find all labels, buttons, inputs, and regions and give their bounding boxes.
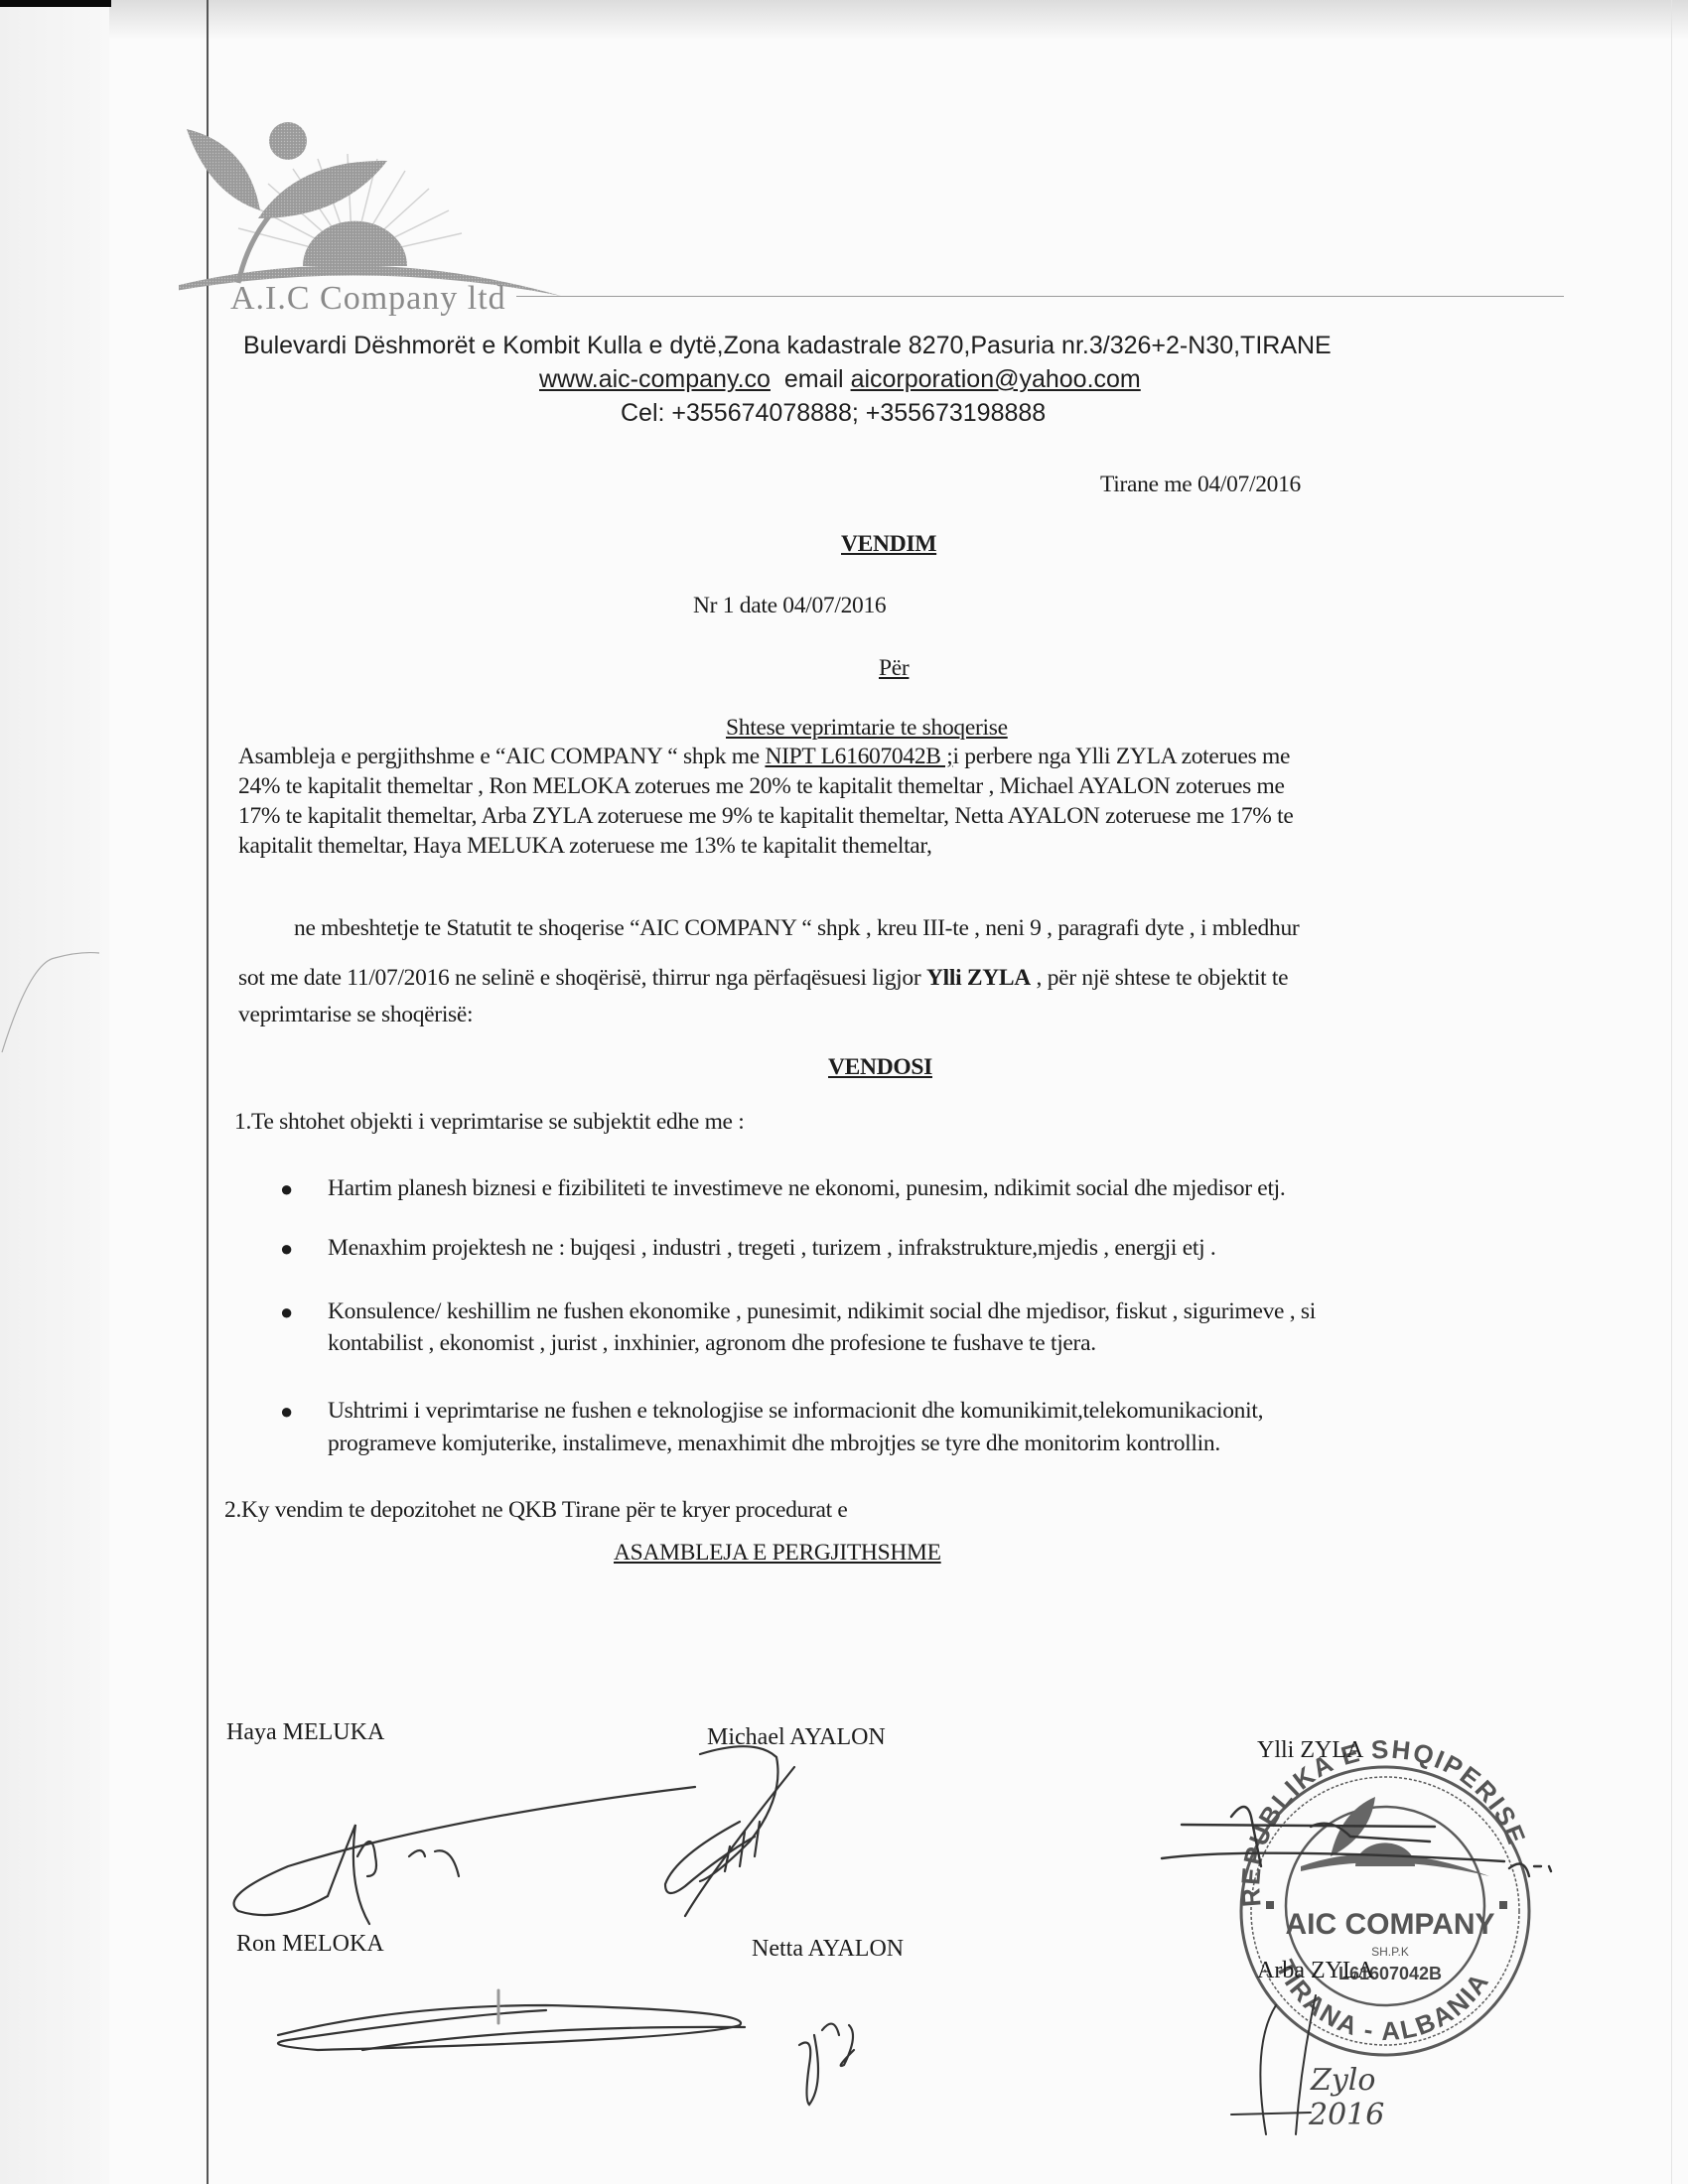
website-link[interactable]: www.aic-company.co bbox=[539, 365, 771, 393]
intro-line-1: Asambleja e pergjithshme e “AIC COMPANY … bbox=[238, 744, 1290, 770]
bullet-icon: ● bbox=[280, 1399, 293, 1425]
activity-item-cont: programeve komjuterike, instalimeve, men… bbox=[328, 1431, 1220, 1457]
company-address: Bulevardi Dëshmorët e Kombit Kulla e dyt… bbox=[243, 332, 1332, 360]
signature-strokes bbox=[199, 1707, 1013, 2124]
activity-item: Ushtrimi i veprimtarise ne fushen e tekn… bbox=[328, 1398, 1263, 1425]
decision-point-2: 2.Ky vendim te depozitohet ne QKB Tirane… bbox=[224, 1497, 848, 1524]
nipt-number: NIPT L61607042B ; bbox=[765, 744, 952, 769]
document-subject: Shtese veprimtarie te shoqerise bbox=[726, 715, 1008, 742]
intro-line-3: 17% te kapitalit themeltar, Arba ZYLA zo… bbox=[238, 803, 1294, 830]
activity-item: Konsulence/ keshillim ne fushen ekonomik… bbox=[328, 1298, 1316, 1325]
handwritten-year: 2016 bbox=[1308, 2098, 1384, 2132]
bullet-icon: ● bbox=[280, 1176, 293, 1202]
bullet-icon: ● bbox=[280, 1299, 293, 1325]
email-link[interactable]: aicorporation@yahoo.com bbox=[851, 365, 1141, 393]
page-right-edge bbox=[1671, 0, 1672, 2184]
decision-point-1: 1.Te shtohet objekti i veprimtarise se s… bbox=[234, 1109, 745, 1136]
signatory-arba-zyla: Arba ZYLA bbox=[1257, 1958, 1374, 1984]
bullet-icon: ● bbox=[280, 1236, 293, 1262]
intro-line-2: 24% te kapitalit themeltar , Ron MELOKA … bbox=[238, 773, 1285, 800]
decision-heading: VENDOSI bbox=[828, 1054, 932, 1081]
meeting-line-end: veprimtarise se shoqërisë: bbox=[238, 1002, 473, 1028]
handwritten-note: Zylo bbox=[1310, 2063, 1375, 2098]
legal-representative: Ylli ZYLA bbox=[926, 965, 1031, 991]
activity-item-cont: kontabilist , ekonomist , jurist , inxhi… bbox=[328, 1330, 1096, 1357]
stamp-company: AIC COMPANY bbox=[1285, 1908, 1494, 1941]
signatory-body: ASAMBLEJA E PERGJITHSHME bbox=[614, 1540, 941, 1567]
email-label: email bbox=[784, 365, 844, 393]
scan-mark bbox=[0, 893, 109, 1092]
scan-margin-shade bbox=[0, 0, 109, 2184]
document-number: Nr 1 date 04/07/2016 bbox=[693, 593, 886, 619]
company-stamp: REPUBLIKA E SHQIPERISE TIRANA - ALBANIA … bbox=[1192, 1717, 1589, 2134]
basis-line: ne mbeshtetje te Statutit te shoqerise “… bbox=[294, 915, 1299, 942]
header-divider bbox=[516, 296, 1564, 297]
scan-edge-bar bbox=[0, 0, 111, 7]
intro-line-4: kapitalit themeltar, Haya MELUKA zoterue… bbox=[238, 833, 932, 860]
document-title: VENDIM bbox=[841, 531, 936, 558]
per-label: Për bbox=[879, 655, 909, 682]
phone-numbers: Cel: +355674078888; +355673198888 bbox=[621, 399, 1046, 428]
meeting-line: sot me date 11/07/2016 ne selinë e shoqë… bbox=[238, 965, 1288, 992]
activity-item: Hartim planesh biznesi e fizibiliteti te… bbox=[328, 1175, 1285, 1202]
activity-item: Menaxhim projektesh ne : bujqesi , indus… bbox=[328, 1235, 1215, 1262]
company-logo-icon bbox=[179, 119, 596, 298]
company-logo-text: A.I.C Company ltd bbox=[230, 280, 506, 318]
stamp-type: SH.P.K bbox=[1371, 1945, 1409, 1959]
scan-top-shade bbox=[109, 0, 1688, 40]
contact-line: www.aic-company.co email aicorporation@y… bbox=[539, 365, 1141, 394]
signatory-ylli-zyla: Ylli ZYLA bbox=[1257, 1737, 1363, 1764]
place-date: Tirane me 04/07/2016 bbox=[1100, 472, 1301, 498]
